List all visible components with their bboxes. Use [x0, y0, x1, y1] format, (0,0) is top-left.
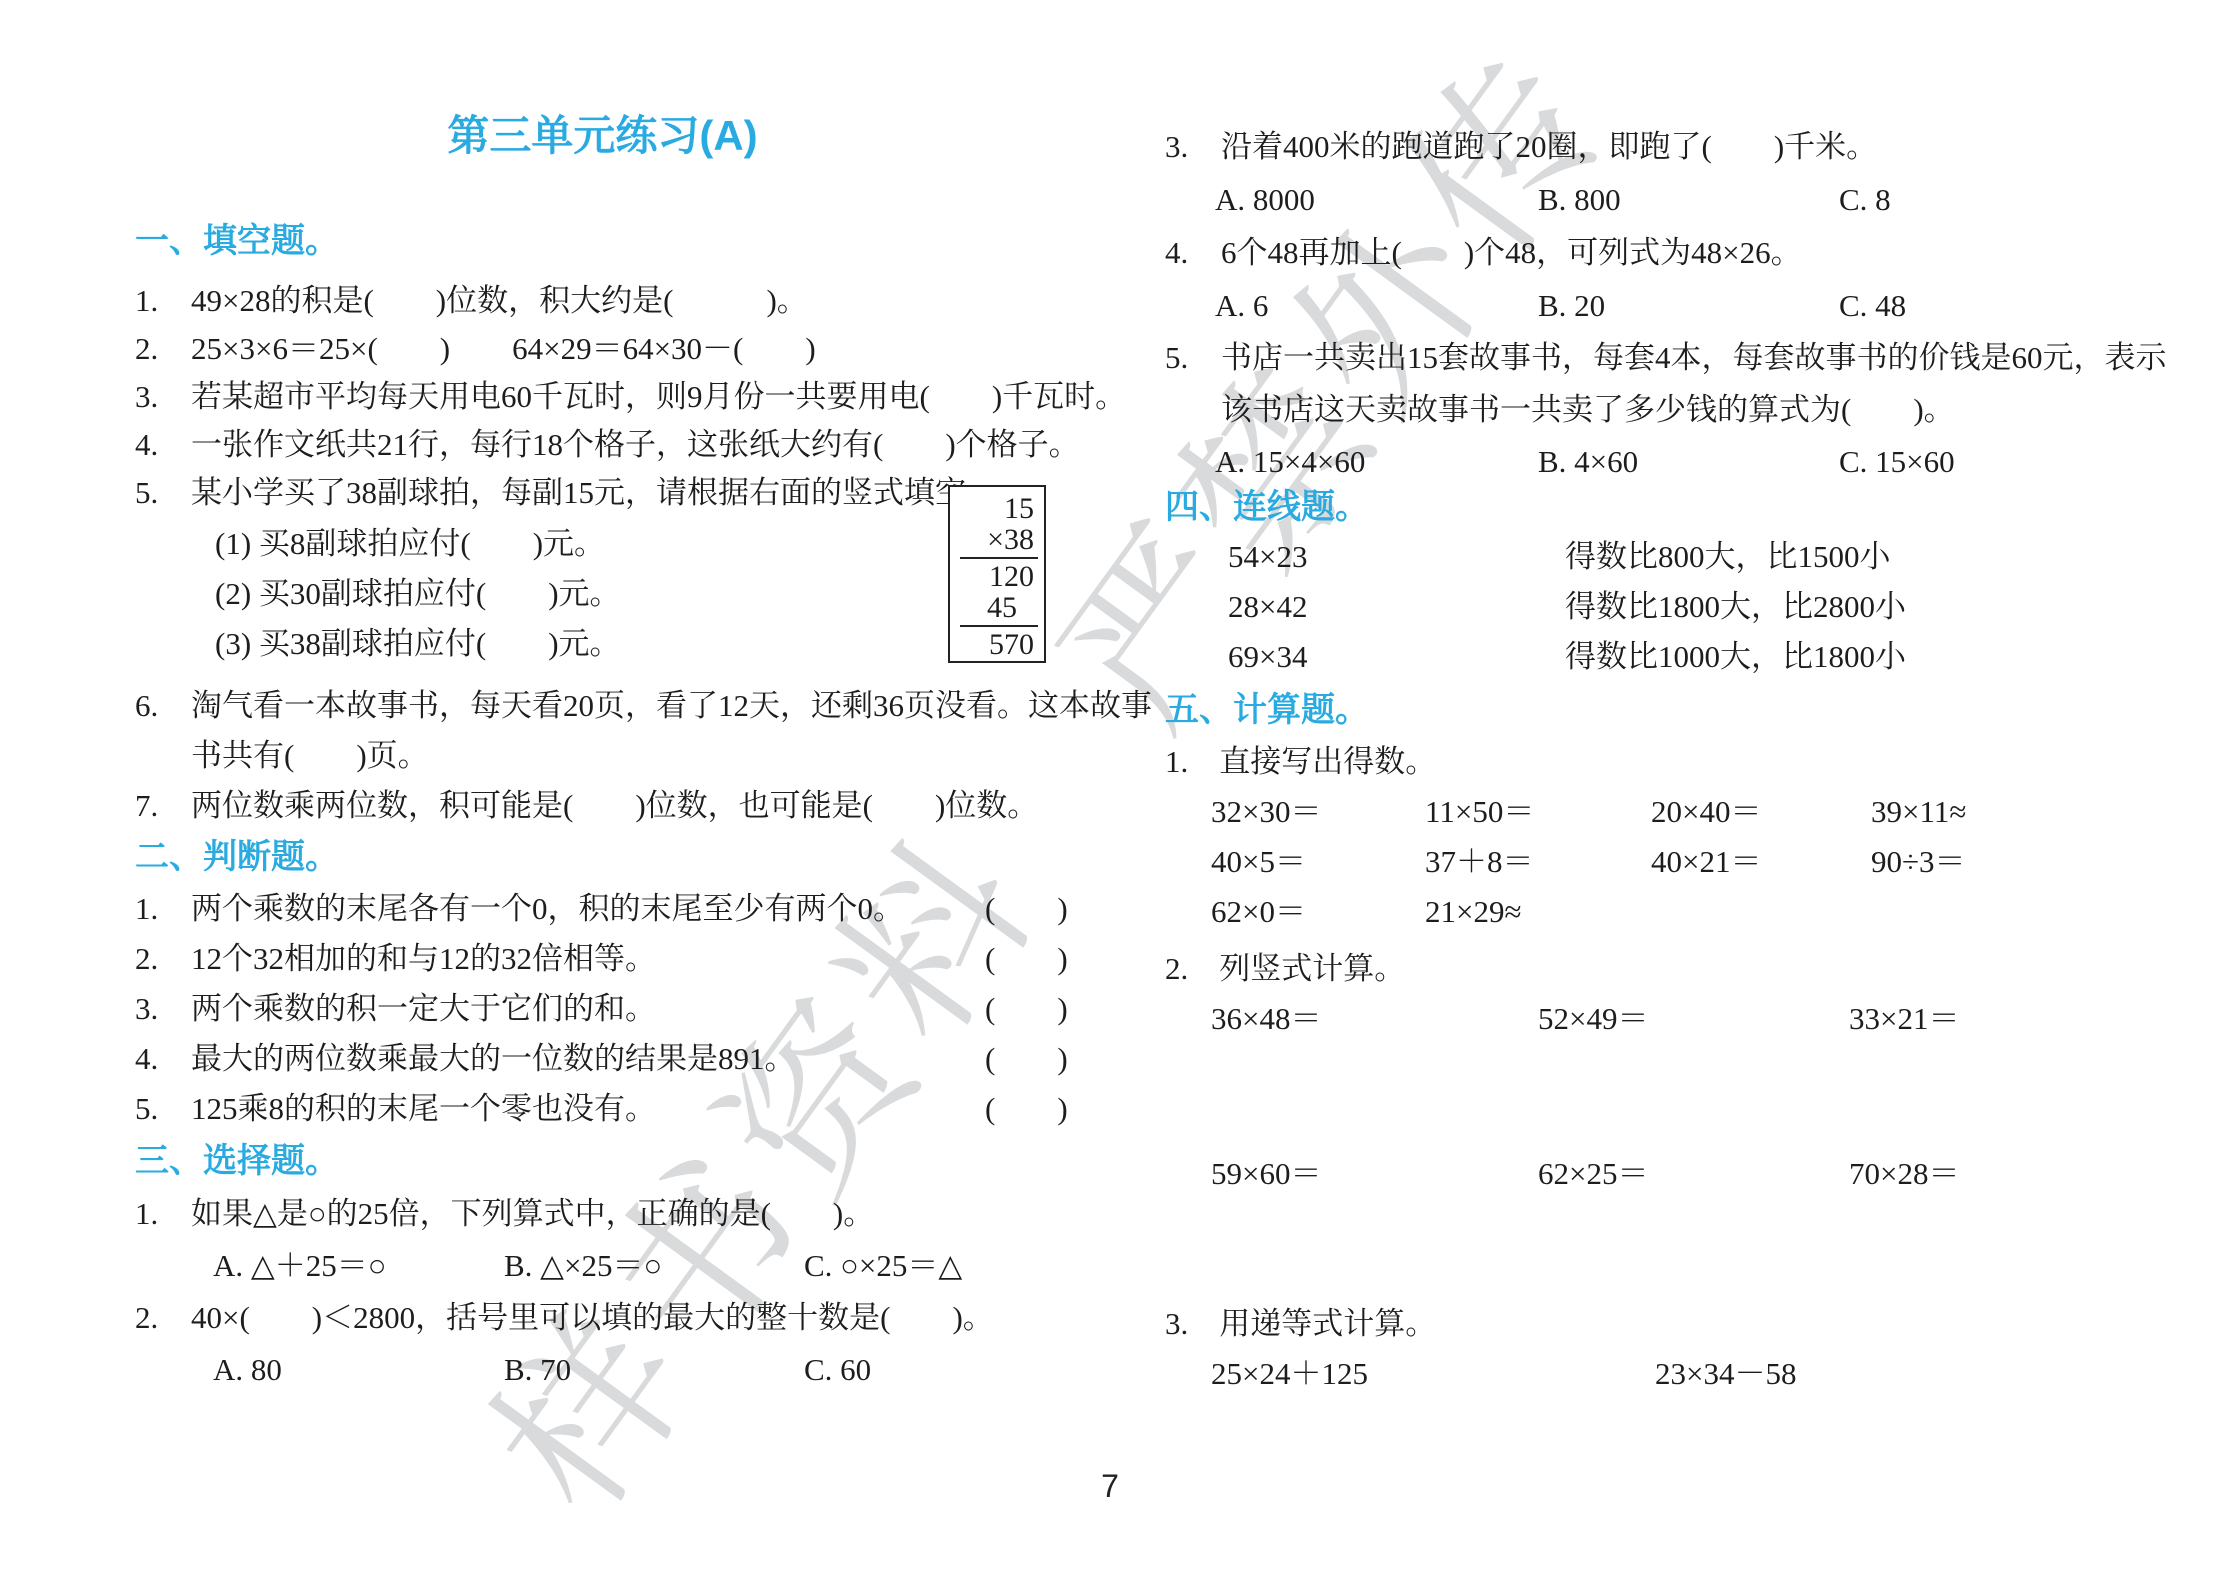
- option-c: C. 60: [804, 1344, 871, 1396]
- expression: 21×29≈: [1425, 887, 1651, 937]
- match-description: 得数比800大，比1500小: [1565, 532, 1891, 582]
- expression: 39×11≈: [1871, 787, 1966, 837]
- match-expression: 54×23: [1228, 532, 1565, 582]
- answer-parens: ( ): [985, 884, 1068, 934]
- fill-question-2: 2. 25×3×6＝25×( ) 64×29＝64×30－( ): [135, 325, 1110, 373]
- rule-line: [960, 557, 1038, 559]
- calc-part1-row3: 62×0＝ 21×29≈: [1165, 887, 2140, 937]
- calc-part1-row2: 40×5＝ 37＋8＝ 40×21＝ 90÷3＝: [1165, 837, 2140, 887]
- match-description: 得数比1000大，比1800小: [1565, 632, 1906, 682]
- calc-part2-row1: 36×48＝ 52×49＝ 33×21＝: [1165, 994, 2186, 1044]
- question-text: 40×( )＜2800，括号里可以填的最大的整十数是( )。: [191, 1292, 994, 1344]
- fill-question-6: 6. 淘气看一本故事书，每天看20页，看了12天，还剩36页没看。这本故事: [135, 681, 1110, 731]
- question-text: 沿着400米的跑道跑了20圈，即跑了( )千米。: [1221, 120, 1877, 173]
- question-number: 5.: [1165, 332, 1221, 384]
- fill-question-3: 3. 若某超市平均每天用电60千瓦时，则9月份一共要用电( )千瓦时。: [135, 373, 1110, 421]
- match-rows: 54×23 得数比800大，比1500小 28×42 得数比1800大，比280…: [1165, 532, 2140, 682]
- choice-question-5-options: A. 15×4×60 B. 4×60 C. 15×60: [1165, 436, 2140, 488]
- page-number: 7: [0, 1468, 2220, 1505]
- fill-question-4: 4. 一张作文纸共21行，每行18个格子，这张纸大约有( )个格子。: [135, 421, 1110, 469]
- question-number: 4.: [135, 421, 191, 469]
- section-heading-match: 四、连线题。: [1165, 484, 2140, 530]
- calc-part3-row: 25×24＋125 23×34－58: [1165, 1349, 2186, 1399]
- section-heading-calc: 五、计算题。: [1165, 687, 2140, 733]
- option-c: C. 8: [1839, 173, 1891, 226]
- answer-parens: ( ): [985, 934, 1068, 984]
- question-text: 两个乘数的积一定大于它们的和。: [191, 984, 656, 1034]
- answer-parens: ( ): [985, 984, 1068, 1034]
- choice-question-1: 1. 如果△是○的25倍，下列算式中，正确的是( )。: [135, 1188, 1110, 1240]
- option-c: C. 48: [1839, 279, 1906, 332]
- fill-questions: 1. 49×28的积是( )位数，积大约是( )。 2. 25×3×6＝25×(…: [135, 277, 1110, 517]
- choice-question-4: 4. 6个48再加上( )个48，可列式为48×26。: [1165, 226, 2140, 279]
- answer-parens: ( ): [985, 1034, 1068, 1084]
- match-row-3: 69×34 得数比1000大，比1800小: [1165, 632, 2140, 682]
- expression: 70×28＝: [1849, 1149, 1959, 1199]
- choice-question-2-options: A. 80 B. 70 C. 60: [135, 1344, 1110, 1396]
- expression: 20×40＝: [1651, 787, 1871, 837]
- question-text: 12个32相加的和与12的32倍相等。: [191, 934, 656, 984]
- match-row-1: 54×23 得数比800大，比1500小: [1165, 532, 2140, 582]
- question-number: 6.: [135, 681, 191, 731]
- answer-parens: ( ): [985, 1084, 1068, 1134]
- choice-question-5-block: 5. 书店一共卖出15套故事书，每套4本，每套故事书的价钱是60元，表示 该书店…: [1165, 332, 2140, 488]
- question-number: 5.: [135, 1084, 191, 1134]
- match-row-2: 28×42 得数比1800大，比2800小: [1165, 582, 2140, 632]
- judge-question-5: 5. 125乘8的积的末尾一个零也没有。 ( ): [135, 1084, 1110, 1134]
- expression: 25×24＋125: [1211, 1349, 1655, 1399]
- expression: 40×21＝: [1651, 837, 1871, 887]
- question-number: 1.: [135, 1188, 191, 1240]
- expression: 36×48＝: [1211, 994, 1538, 1044]
- question-number: 2.: [135, 1292, 191, 1344]
- question-number: 1.: [135, 277, 191, 325]
- choice-questions-left: 1. 如果△是○的25倍，下列算式中，正确的是( )。 A. △＋25＝○ B.…: [135, 1188, 1110, 1396]
- option-a: A. 8000: [1215, 173, 1538, 226]
- question-number: 4.: [135, 1034, 191, 1084]
- question-number: 4.: [1165, 226, 1221, 279]
- question-number: 2.: [135, 325, 191, 373]
- question-number: 7.: [135, 781, 191, 831]
- fill-question-1: 1. 49×28的积是( )位数，积大约是( )。: [135, 277, 1110, 325]
- choice-question-2: 2. 40×( )＜2800，括号里可以填的最大的整十数是( )。: [135, 1292, 1110, 1344]
- question-number: 1.: [135, 884, 191, 934]
- question-number: 3.: [135, 984, 191, 1034]
- choice-question-3-block: 3. 沿着400米的跑道跑了20圈，即跑了( )千米。 A. 8000 B. 8…: [1165, 120, 2140, 226]
- match-expression: 69×34: [1228, 632, 1565, 682]
- question-text: 49×28的积是( )位数，积大约是( )。: [191, 277, 808, 325]
- option-c: C. ○×25＝△: [804, 1240, 962, 1292]
- judge-question-4: 4. 最大的两位数乘最大的一位数的结果是891。 ( ): [135, 1034, 1110, 1084]
- calc-part3-label: 3. 用递等式计算。: [1165, 1299, 2140, 1349]
- choice-question-5-line2: 该书店这天卖故事书一共卖了多少钱的算式为( )。: [1165, 384, 2140, 436]
- question-text: 两个乘数的末尾各有一个0，积的末尾至少有两个0。: [191, 884, 904, 934]
- choice-question-5: 5. 书店一共卖出15套故事书，每套4本，每套故事书的价钱是60元，表示: [1165, 332, 2140, 384]
- fill-question-7: 7. 两位数乘两位数，积可能是( )位数，也可能是( )位数。: [135, 781, 1110, 831]
- expression: 32×30＝: [1211, 787, 1425, 837]
- question-text: 某小学买了38副球拍，每副15元，请根据右面的竖式填空。: [191, 469, 997, 517]
- choice-question-4-block: 4. 6个48再加上( )个48，可列式为48×26。 A. 6 B. 20 C…: [1165, 226, 2140, 332]
- option-a: A. △＋25＝○: [213, 1240, 504, 1292]
- calc-part1-row1: 32×30＝ 11×50＝ 20×40＝ 39×11≈: [1165, 787, 2140, 837]
- section-heading-judge: 二、判断题。: [135, 834, 1110, 880]
- choice-question-3-options: A. 8000 B. 800 C. 8: [1165, 173, 2140, 226]
- choice-question-1-options: A. △＋25＝○ B. △×25＝○ C. ○×25＝△: [135, 1240, 1110, 1292]
- section-heading-fill: 一、填空题。: [135, 218, 1110, 264]
- question-text: 125乘8的积的末尾一个零也没有。: [191, 1084, 656, 1134]
- page-title: 第三单元练习(A): [115, 106, 1090, 166]
- expression: 40×5＝: [1211, 837, 1425, 887]
- match-expression: 28×42: [1228, 582, 1565, 632]
- calc-part1: 1. 直接写出得数。 32×30＝ 11×50＝ 20×40＝ 39×11≈ 4…: [1165, 737, 2140, 937]
- calc-part2-label: 2. 列竖式计算。: [1165, 944, 2140, 994]
- rule-line: [960, 625, 1038, 627]
- final-product: 570: [950, 629, 1044, 660]
- option-a: A. 6: [1215, 279, 1538, 332]
- option-b: B. 4×60: [1538, 436, 1839, 488]
- worksheet-page: 样书资料 严禁外传 第三单元练习(A) 一、填空题。 1. 49×28的积是( …: [0, 0, 2220, 1571]
- option-b: B. △×25＝○: [504, 1240, 804, 1292]
- question-text: 6个48再加上( )个48，可列式为48×26。: [1221, 226, 1802, 279]
- match-description: 得数比1800大，比2800小: [1565, 582, 1906, 632]
- choice-question-4-options: A. 6 B. 20 C. 48: [1165, 279, 2140, 332]
- question-number: 3.: [135, 373, 191, 421]
- expression: 37＋8＝: [1425, 837, 1651, 887]
- multiplier: ×38: [950, 524, 1044, 555]
- option-a: A. 80: [213, 1344, 504, 1396]
- partial-product-1: 120: [950, 561, 1044, 592]
- question-text: 一张作文纸共21行，每行18个格子，这张纸大约有( )个格子。: [191, 421, 1080, 469]
- expression: 52×49＝: [1538, 994, 1849, 1044]
- partial-product-2: 45: [950, 592, 1044, 623]
- question-text: 最大的两位数乘最大的一位数的结果是891。: [191, 1034, 796, 1084]
- option-b: B. 800: [1538, 173, 1839, 226]
- question-number: 5.: [135, 469, 191, 517]
- multiplicand: 15: [950, 493, 1044, 524]
- expression: 90÷3＝: [1871, 837, 1966, 887]
- option-b: B. 20: [1538, 279, 1839, 332]
- judge-question-2: 2. 12个32相加的和与12的32倍相等。 ( ): [135, 934, 1110, 984]
- calc-part1-label: 1. 直接写出得数。: [1165, 737, 2140, 787]
- option-b: B. 70: [504, 1344, 804, 1396]
- choice-question-3: 3. 沿着400米的跑道跑了20圈，即跑了( )千米。: [1165, 120, 2140, 173]
- calc-part2-row2: 59×60＝ 62×25＝ 70×28＝: [1165, 1149, 2186, 1199]
- section-heading-choice: 三、选择题。: [135, 1138, 1110, 1184]
- question-text: 书店一共卖出15套故事书，每套4本，每套故事书的价钱是60元，表示: [1221, 332, 2167, 384]
- question-text: 淘气看一本故事书，每天看20页，看了12天，还剩36页没看。这本故事: [191, 681, 1152, 731]
- expression: 62×0＝: [1211, 887, 1425, 937]
- question-text: 两位数乘两位数，积可能是( )位数，也可能是( )位数。: [191, 781, 1038, 831]
- question-text: 25×3×6＝25×( ) 64×29＝64×30－( ): [191, 325, 816, 373]
- question-number: 3.: [1165, 120, 1221, 173]
- question-text: 如果△是○的25倍，下列算式中，正确的是( )。: [191, 1188, 874, 1240]
- expression: 33×21＝: [1849, 994, 1959, 1044]
- fill-questions-6-7: 6. 淘气看一本故事书，每天看20页，看了12天，还剩36页没看。这本故事 书共…: [135, 681, 1110, 831]
- expression: 11×50＝: [1425, 787, 1651, 837]
- expression: 62×25＝: [1538, 1149, 1849, 1199]
- option-c: C. 15×60: [1839, 436, 1955, 488]
- question-text: 若某超市平均每天用电60千瓦时，则9月份一共要用电( )千瓦时。: [191, 373, 1126, 421]
- judge-question-3: 3. 两个乘数的积一定大于它们的和。 ( ): [135, 984, 1110, 1034]
- vertical-multiplication-box: 15 ×38 120 45 570: [948, 485, 1046, 663]
- option-a: A. 15×4×60: [1215, 436, 1538, 488]
- question-number: 2.: [135, 934, 191, 984]
- fill-question-6-line2: 书共有( )页。: [135, 731, 1110, 781]
- judge-questions: 1. 两个乘数的末尾各有一个0，积的末尾至少有两个0。 ( ) 2. 12个32…: [135, 884, 1110, 1134]
- expression: 23×34－58: [1655, 1349, 1796, 1399]
- expression: 59×60＝: [1211, 1149, 1538, 1199]
- judge-question-1: 1. 两个乘数的末尾各有一个0，积的末尾至少有两个0。 ( ): [135, 884, 1110, 934]
